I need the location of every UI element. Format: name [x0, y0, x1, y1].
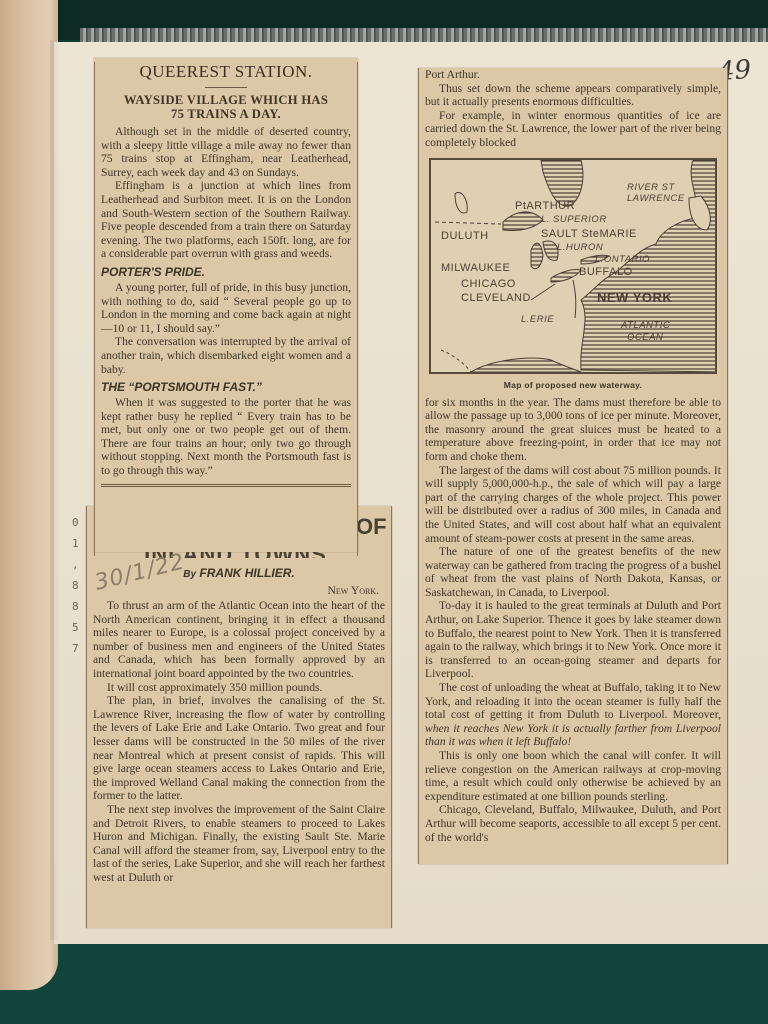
paragraph: for six months in the year. The dams mus… — [425, 396, 721, 464]
map-label-lake-ontario: L.ONTARIO — [595, 254, 650, 265]
paragraph: When it was suggested to the porter that… — [101, 396, 351, 478]
paragraph: The cost of unloading the wheat at Buffa… — [425, 681, 721, 749]
paragraph: This is only one boon which the canal wi… — [425, 749, 721, 803]
paragraph: Although set in the middle of deserted c… — [101, 125, 351, 179]
end-rule — [101, 484, 351, 487]
map-label-duluth: DULUTH — [441, 230, 489, 242]
margin-digit: 5 — [72, 617, 84, 638]
map-label-atlantic: ATLANTIC — [621, 320, 670, 331]
map-caption: Map of proposed new waterway. — [425, 380, 721, 390]
paragraph: The plan, in brief, involves the canalis… — [93, 694, 385, 803]
map-label-new-york: NEW YORK — [597, 290, 672, 305]
margin-digit: 1 — [72, 533, 84, 554]
paragraph-text: The cost of unloading the wheat at Buffa… — [425, 681, 721, 721]
map-label-ocean: OCEAN — [627, 332, 663, 343]
clipping-queerest-station: QUEEREST STATION. WAYSIDE VILLAGE WHICH … — [94, 58, 358, 552]
map-label-river-st-lawrence: RIVER ST — [627, 182, 675, 193]
paragraph: To-day it is hauled to the great termina… — [425, 599, 721, 681]
map-label-cleveland: CLEVELAND — [461, 292, 531, 304]
paragraph: For example, in winter enormous quantiti… — [425, 109, 721, 150]
paragraph: The nature of one of the greatest benefi… — [425, 545, 721, 599]
byline-author: FRANK HILLIER. — [199, 566, 294, 580]
subheadline: WAYSIDE VILLAGE WHICH HAS 75 TRAINS A DA… — [101, 93, 351, 121]
title-fragment: OF — [356, 514, 387, 540]
paragraph: Chicago, Cleveland, Buffalo, Milwaukee, … — [425, 803, 721, 844]
headline: QUEEREST STATION. — [101, 62, 351, 82]
subhead-line-2: 75 TRAINS A DAY. — [101, 107, 351, 121]
paragraph: The next step involves the improvement o… — [93, 803, 385, 885]
margin-digit: 0 — [72, 512, 84, 533]
map-label-port-arthur: PtARTHUR — [515, 200, 575, 212]
map-label-lake-huron: L.HURON — [557, 242, 603, 253]
map-label-chicago: CHICAGO — [461, 278, 516, 290]
paragraph: It will cost approximately 350 million p… — [93, 681, 385, 695]
map-label-lake-erie: L.ERIE — [521, 314, 554, 325]
paragraph: To thrust an arm of the Atlantic Ocean i… — [93, 599, 385, 681]
margin-digit: 8 — [72, 596, 84, 617]
paragraph: Effingham is a junction at which lines f… — [101, 179, 351, 261]
margin-digit: , — [72, 554, 84, 575]
section-title-porters-pride: PORTER'S PRIDE. — [101, 265, 351, 279]
paragraph: The largest of the dams will cost about … — [425, 464, 721, 546]
paragraph: A young porter, full of pride, in this b… — [101, 281, 351, 335]
map-label-milwaukee: MILWAUKEE — [441, 262, 510, 274]
map-label-sault-ste-marie: SAULT SteMARIE — [541, 228, 637, 240]
page-gutter-shadow — [50, 40, 60, 940]
paragraph: The conversation was interrupted by the … — [101, 335, 351, 376]
map-label-buffalo: BUFFALO — [579, 266, 633, 278]
subhead-line-1: WAYSIDE VILLAGE WHICH HAS — [101, 93, 351, 107]
waterway-map: RIVER ST LAWRENCE PtARTHUR L. SUPERIOR S… — [429, 158, 717, 374]
map-label-lake-superior: L. SUPERIOR — [541, 214, 607, 225]
map-label-river-st-lawrence: LAWRENCE — [627, 193, 685, 204]
margin-digit: 7 — [72, 638, 84, 659]
margin-digits: 0 1 , 8 8 5 7 — [72, 512, 84, 659]
headline-rule — [205, 87, 247, 88]
green-backdrop-bottom — [0, 940, 768, 1024]
paragraph-emphasis: when it reaches New York it is actually … — [425, 722, 721, 749]
section-title-portsmouth-fast: THE “PORTSMOUTH FAST.” — [101, 380, 351, 394]
paragraph: Port Arthur. — [425, 68, 721, 82]
clipping-continued-waterway: Port Arthur. Thus set down the scheme ap… — [418, 68, 728, 864]
paragraph: Thus set down the scheme appears compara… — [425, 82, 721, 109]
margin-digit: 8 — [72, 575, 84, 596]
